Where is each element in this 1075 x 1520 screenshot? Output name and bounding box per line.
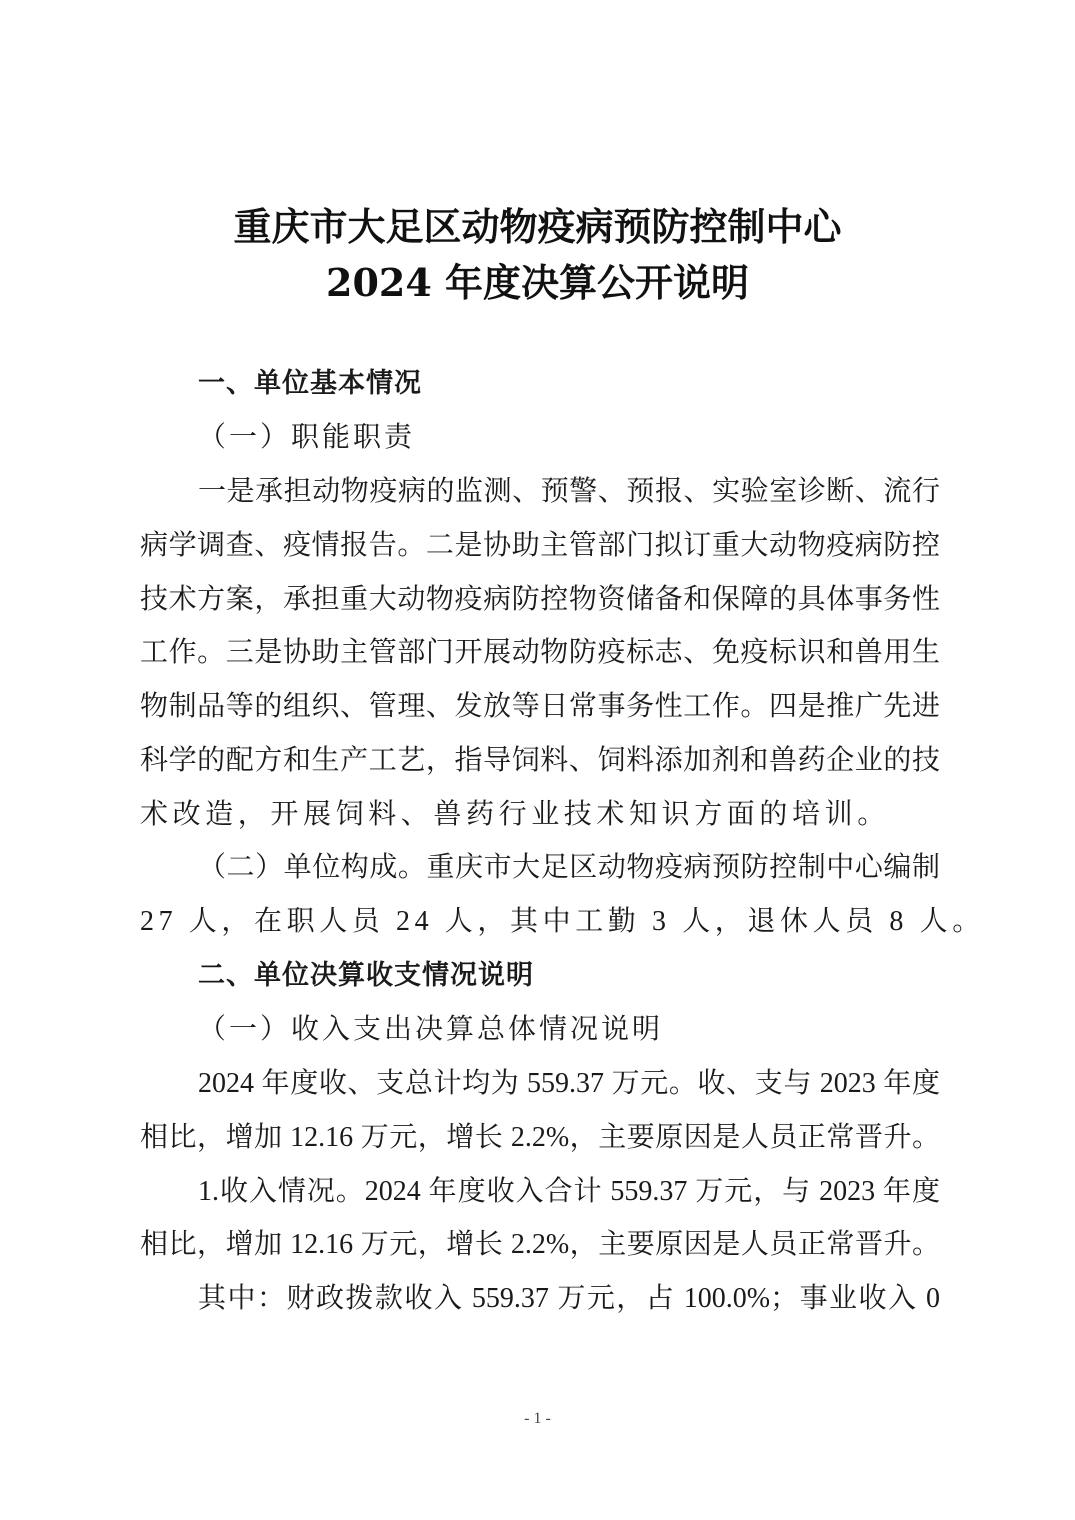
document-title-line2: 2024 年度决算公开说明 <box>0 252 1075 307</box>
document-title-line1: 重庆市大足区动物疫病预防控制中心 <box>0 196 1075 251</box>
paragraph-line: 科学的配方和生产工艺，指导饲料、饲料添加剂和兽药企业的技 <box>140 741 940 781</box>
paragraph-line: 相比，增加 12.16 万元，增长 2.2%，主要原因是人员正常晋升。 <box>140 1118 940 1158</box>
section-heading-1: 一、单位基本情况 <box>198 364 940 404</box>
paragraph-line: （二）单位构成。重庆市大足区动物疫病预防控制中心编制 <box>198 848 940 888</box>
paragraph-line: 技术方案，承担重大动物疫病防控物资储备和保障的具体事务性 <box>140 580 940 620</box>
paragraph-line: 术改造，开展饲料、兽药行业技术知识方面的培训。 <box>140 795 940 835</box>
page-number: - 1 - <box>0 1410 1075 1428</box>
paragraph-line: 2024 年度收、支总计均为 559.37 万元。收、支与 2023 年度 <box>198 1064 940 1104</box>
subsection-heading-overview: （一）收入支出决算总体情况说明 <box>198 1010 940 1050</box>
paragraph-line: 物制品等的组织、管理、发放等日常事务性工作。四是推广先进 <box>140 687 940 727</box>
paragraph-line: 工作。三是协助主管部门开展动物防疫标志、免疫标识和兽用生 <box>140 633 940 673</box>
paragraph-line: 病学调查、疫情报告。二是协助主管部门拟订重大动物疫病防控 <box>140 526 940 566</box>
subsection-heading-duties: （一）职能职责 <box>198 418 940 458</box>
paragraph-line: 相比，增加 12.16 万元，增长 2.2%，主要原因是人员正常晋升。 <box>140 1225 940 1265</box>
paragraph-line: 一是承担动物疫病的监测、预警、预报、实验室诊断、流行 <box>198 472 940 512</box>
paragraph-line: 1.收入情况。2024 年度收入合计 559.37 万元，与 2023 年度 <box>198 1172 940 1212</box>
section-heading-2: 二、单位决算收支情况说明 <box>198 956 940 996</box>
paragraph-line: 其中：财政拨款收入 559.37 万元，占 100.0%；事业收入 0 <box>198 1279 940 1319</box>
paragraph-line: 27 人，在职人员 24 人，其中工勤 3 人，退休人员 8 人。 <box>140 902 940 942</box>
